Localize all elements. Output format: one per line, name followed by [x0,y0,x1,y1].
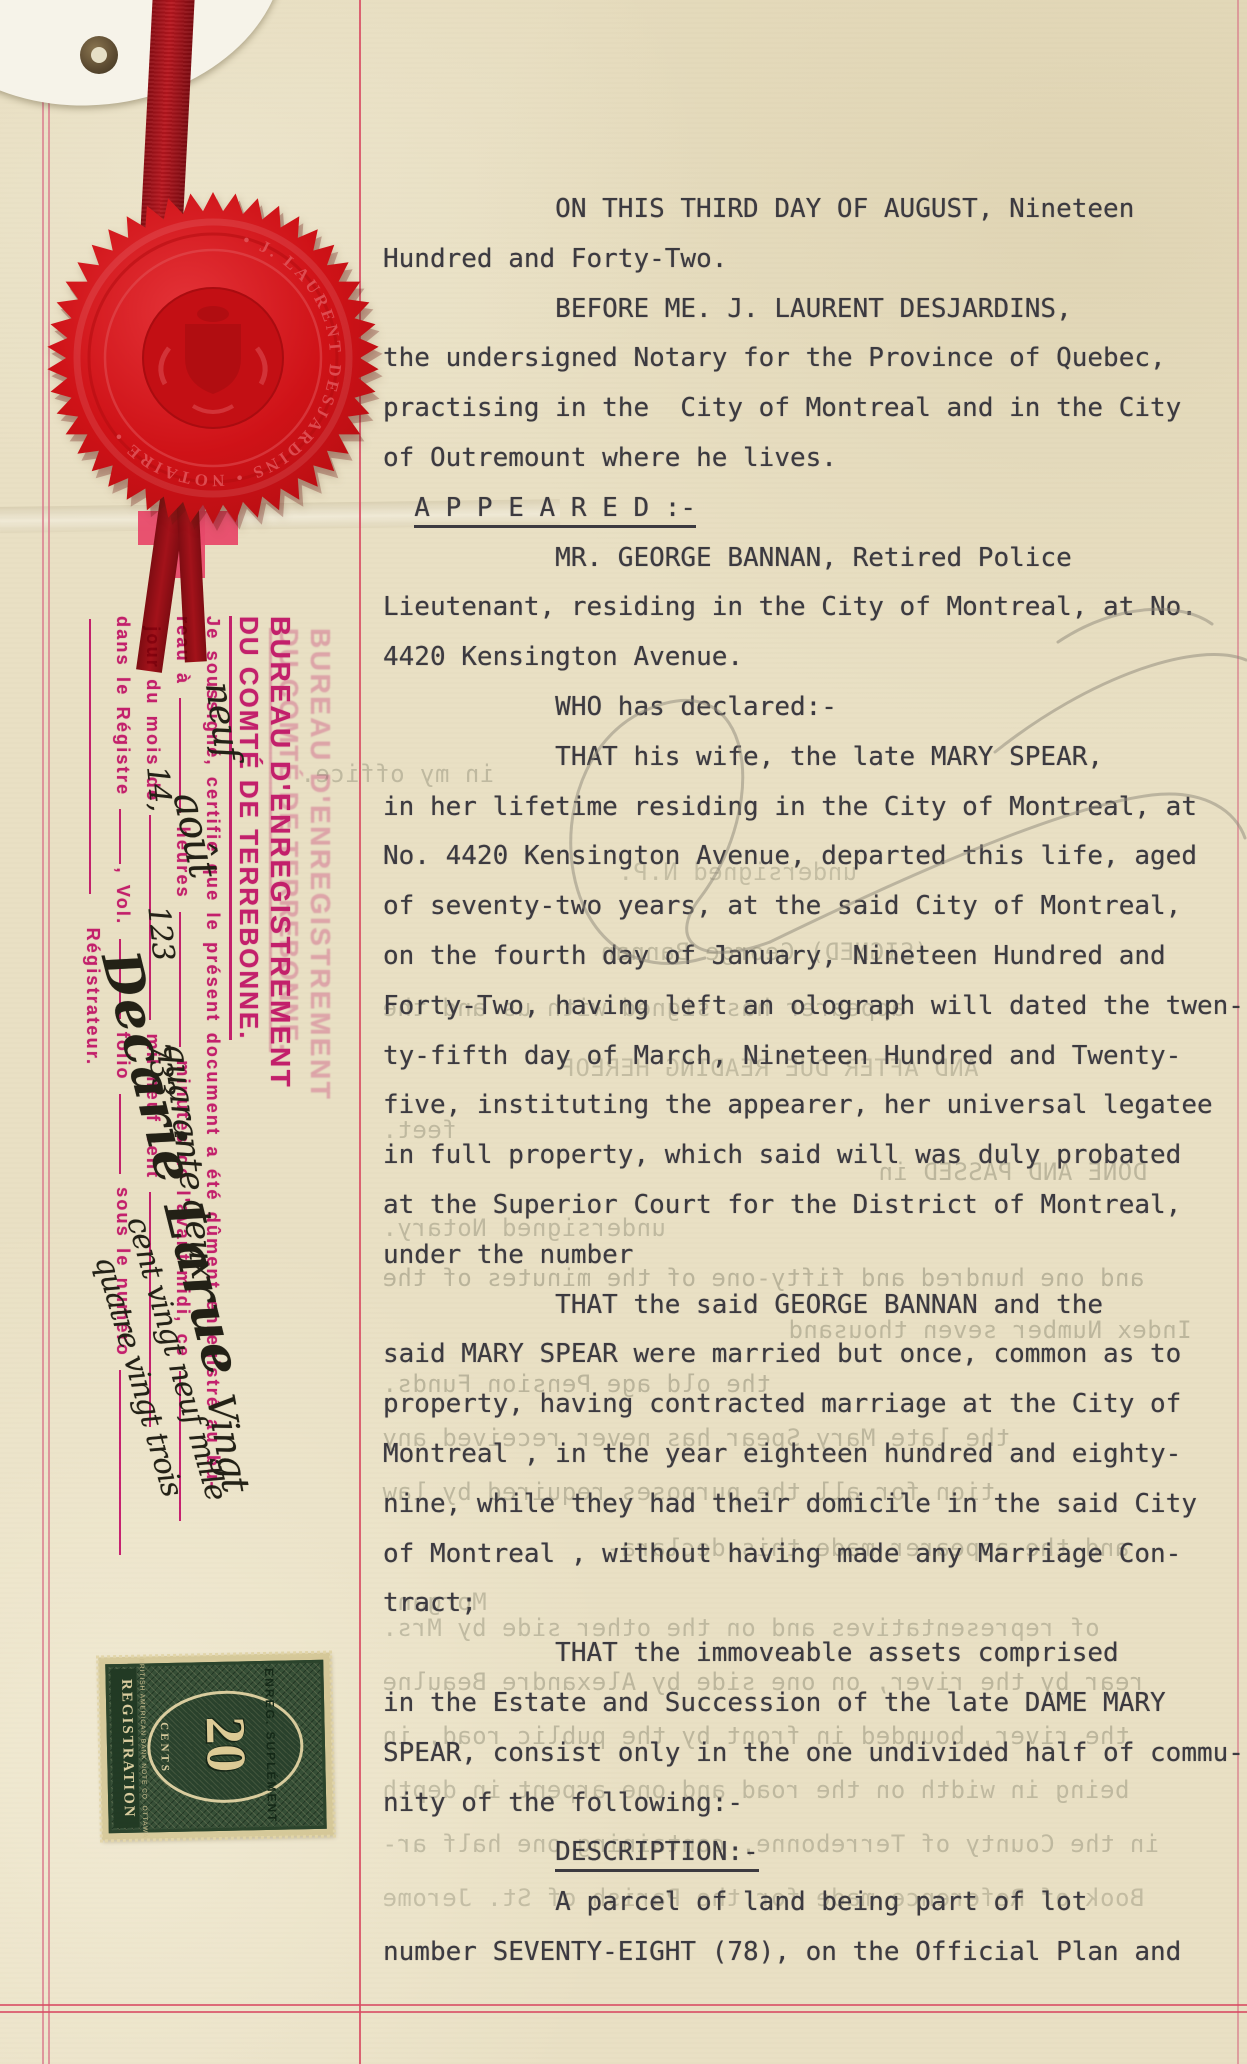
registry-stamp: BUREAU D'ENREGISTREMENT DU COMTÉ DE TERR… [76,616,296,1566]
overprint-label: ENREG. SUPLÉMENT [262,1668,279,1824]
typed-line: ty-fifth day of March, Nineteen Hundred … [383,1041,1181,1071]
typed-line: THAT the immoveable assets comprised [383,1638,1119,1668]
typed-line: MR. GEORGE BANNAN, Retired Police [383,543,1072,573]
typed-line: of seventy-two years, at the said City o… [383,891,1181,921]
value-cents: CENTS [158,1722,171,1774]
typed-line: of Outremount where he lives. [383,443,837,473]
typed-line: DESCRIPTION:- [383,1837,759,1867]
value-20: 20 [193,1715,258,1772]
typed-line: practising in the City of Montreal and i… [383,393,1181,423]
typed-line: in her lifetime residing in the City of … [383,792,1197,822]
typed-line: Forty-Two, having left an olograph will … [383,991,1244,1021]
typed-line: Lieutenant, residing in the City of Mont… [383,592,1197,622]
bottom-rule-line-2 [0,2011,1247,2013]
registration-band: REGISTRATION [110,1669,139,1829]
revenue-stamp-art: REGISTRATION BRITISH AMERICAN BANK NOTE … [105,1660,326,1834]
typed-line: WHO has declared:- [383,692,837,722]
typed-line: Montreal , in the year eighteen hundred … [383,1439,1181,1469]
grommet-hole [91,47,107,63]
typed-line: THAT the said GEORGE BANNAN and the [383,1290,1103,1320]
typed-line: SPEAR, consist only in the one undivided… [383,1738,1244,1768]
typed-line: 4420 Kensington Avenue. [383,642,743,672]
typed-line: THAT his wife, the late MARY SPEAR, [383,742,1103,772]
typed-line: A parcel of land being part of lot [383,1887,1087,1917]
typed-line: Hundred and Forty-Two. [383,244,727,274]
handwritten-entry: neuf [197,680,248,762]
value-oval: 20 CENTS [146,1689,304,1804]
notarial-deed-page: in my office.undersigned N.P.(SIGNED) Ge… [0,0,1247,2064]
typed-line: in the Estate and Succession of the late… [383,1688,1166,1718]
typed-line: in full property, which said will was du… [383,1140,1181,1170]
typed-line: BEFORE ME. J. LAURENT DESJARDINS, [383,294,1072,324]
typed-line: under the number [383,1240,633,1270]
typed-line: property, having contracted marriage at … [383,1389,1181,1419]
registry-stamp-handwriting: neufVingtaoûtquarante deux14,123733cent … [76,616,296,1566]
registration-band-label: REGISTRATION [117,1678,137,1818]
revenue-stamp-20c: REGISTRATION BRITISH AMERICAN BANK NOTE … [98,1653,334,1841]
typed-line: at the Superior Court for the District o… [383,1190,1181,1220]
notarial-seal: • J. LAURENT DESJARDINS • NOTAIRE • [38,183,388,533]
typed-line: No. 4420 Kensington Avenue, departed thi… [383,841,1197,871]
typed-line: nine, while they had their domicile in t… [383,1489,1197,1519]
registry-title-ghost: BUREAU D'ENREGISTREMENT [304,628,336,1101]
handwritten-entry: 14, [139,765,178,813]
typed-line: ON THIS THIRD DAY OF AUGUST, Nineteen [383,194,1134,224]
typed-line: five, instituting the appearer, her univ… [383,1090,1213,1120]
typed-line: on the fourth day of January, Nineteen H… [383,941,1166,971]
typed-line: the undersigned Notary for the Province … [383,343,1166,373]
typed-line: nity of the following:- [383,1788,743,1818]
typed-line: tract; [383,1588,477,1618]
bottom-rule-line-1 [0,2004,1247,2006]
typed-line: number SEVENTY-EIGHT (78), on the Offici… [383,1937,1181,1967]
brass-grommet [80,36,118,74]
typed-line: of Montreal , without having made any Ma… [383,1539,1181,1569]
typed-line: A P P E A R E D :- [383,493,696,523]
typed-line: said MARY SPEAR were married but once, c… [383,1339,1181,1369]
